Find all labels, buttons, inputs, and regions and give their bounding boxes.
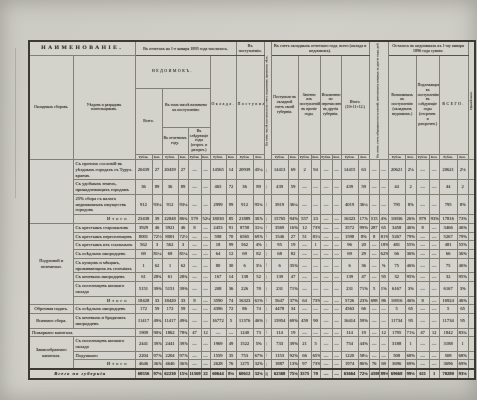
- value-cell: 70280: [439, 369, 457, 379]
- value-cell: 1974: [341, 360, 358, 369]
- value-cell: —: [369, 194, 379, 214]
- value-cell: 63664: [341, 369, 358, 379]
- value-cell: —: [311, 258, 320, 272]
- value-cell: —: [416, 258, 429, 272]
- value-cell: 557: [298, 215, 311, 224]
- value-cell: 2: [457, 180, 468, 194]
- value-cell: 4646: [135, 360, 152, 369]
- value-cell: —: [369, 241, 379, 250]
- row-label: Съ крестьянъ изъ ссыльныхъ: [73, 241, 135, 250]
- value-cell: —: [264, 360, 271, 369]
- value-cell: 69⅞: [253, 232, 264, 241]
- value-cell: —: [188, 305, 201, 314]
- value-cell: 3458: [388, 223, 405, 232]
- value-cell: 68⅝: [457, 351, 468, 360]
- value-cell: 439: [271, 180, 288, 194]
- value-cell: 72⅝: [358, 369, 369, 379]
- value-cell: —: [429, 232, 439, 241]
- unit-rubles: Рубли.: [320, 155, 332, 160]
- value-cell: 4019: [341, 194, 358, 214]
- value-cell: 74: [253, 305, 264, 314]
- value-cell: —: [188, 241, 201, 250]
- value-cell: 46⅝: [457, 258, 468, 272]
- value-cell: 172: [162, 305, 178, 314]
- value-cell: —: [332, 273, 341, 282]
- value-cell: 69⅝: [405, 360, 416, 369]
- value-cell: 90: [311, 314, 320, 328]
- value-cell: 1: [311, 241, 320, 250]
- value-cell: 36: [162, 180, 178, 194]
- value-cell: —: [298, 305, 311, 314]
- value-cell: —: [201, 360, 210, 369]
- unit-kopecks: Коп.: [311, 155, 320, 160]
- value-cell: 231: [341, 282, 358, 296]
- value-cell: 27: [152, 160, 162, 180]
- value-cell: 97⅞: [152, 351, 162, 360]
- value-cell: 55⅝: [405, 241, 416, 250]
- value-cell: 2628: [210, 360, 226, 369]
- value-cell: 19: [288, 328, 298, 337]
- col-header-excluded-other-provinces: Исключено по перечисленіямъ въ другія гу…: [320, 55, 341, 155]
- value-cell: —: [264, 337, 271, 351]
- value-cell: 15954: [271, 314, 288, 328]
- value-cell: —: [429, 194, 439, 214]
- value-cell: 20939: [236, 160, 253, 180]
- unit-rubles: Рубли.: [298, 155, 311, 160]
- value-cell: 61⅝: [253, 296, 264, 305]
- value-cell: —: [369, 337, 379, 351]
- value-cell: 11734: [439, 314, 457, 328]
- value-cell: —: [369, 258, 379, 272]
- value-cell: 74: [226, 296, 236, 305]
- value-cell: 1969: [210, 337, 226, 351]
- note-cell: [468, 296, 475, 305]
- value-cell: 79⅝: [405, 232, 416, 241]
- value-cell: 4396: [210, 305, 226, 314]
- row-label: Съ прочихъ сословій въ уѣздныхъ городахъ…: [73, 160, 135, 180]
- value-cell: 1153: [271, 351, 288, 360]
- note-cell: [468, 180, 475, 194]
- value-cell: 22: [201, 369, 210, 379]
- value-cell: 72½: [178, 232, 188, 241]
- value-cell: 97⅞: [178, 351, 188, 360]
- value-cell: 32⅝: [253, 360, 264, 369]
- value-cell: —: [311, 328, 320, 337]
- value-cell: 1559: [210, 351, 226, 360]
- value-cell: 16772: [210, 314, 226, 328]
- value-cell: 8001: [135, 232, 152, 241]
- value-cell: 69: [379, 360, 388, 369]
- value-cell: 86⅝: [358, 360, 369, 369]
- value-cell: —: [320, 241, 332, 250]
- value-cell: 73⅝: [311, 296, 320, 305]
- value-cell: 81⅝: [379, 232, 388, 241]
- value-cell: 72: [226, 180, 236, 194]
- value-cell: 36: [226, 282, 236, 296]
- value-cell: —: [429, 258, 439, 272]
- value-cell: 36⅝: [457, 250, 468, 259]
- row-label: Съ осѣдлыхъ инородцевъ: [73, 250, 135, 259]
- value-cell: 70: [226, 232, 236, 241]
- value-cell: 75⅝: [288, 369, 298, 379]
- value-cell: —: [320, 314, 332, 328]
- value-cell: 3466: [439, 223, 457, 232]
- value-cell: 226: [236, 282, 253, 296]
- value-cell: 66: [358, 305, 369, 314]
- value-cell: —: [320, 160, 332, 180]
- col-header-district-payer: Уѣздовъ и разрядовъ плательщиковъ.: [73, 55, 135, 160]
- row-label: Съ поселенцевъ низшаго оклада: [73, 337, 135, 351]
- value-cell: 3696: [439, 360, 457, 369]
- value-cell: 14565: [210, 160, 226, 180]
- note-cell: [468, 250, 475, 259]
- value-cell: 52¼: [201, 215, 210, 224]
- value-cell: 2⅛: [405, 160, 416, 180]
- value-cell: 32: [439, 273, 457, 282]
- value-cell: —: [429, 314, 439, 328]
- value-cell: —: [320, 258, 332, 272]
- value-cell: —: [298, 273, 311, 282]
- value-cell: 71¾: [405, 328, 416, 337]
- value-cell: —: [201, 250, 210, 259]
- value-cell: 61: [162, 273, 178, 282]
- value-cell: —: [188, 258, 201, 272]
- value-cell: 62: [178, 258, 188, 272]
- value-cell: 5267: [388, 232, 405, 241]
- value-cell: 62368: [271, 369, 288, 379]
- value-cell: 5⅝: [253, 337, 264, 351]
- value-cell: —: [311, 305, 320, 314]
- value-cell: —: [298, 328, 311, 337]
- value-cell: 19: [358, 328, 369, 337]
- value-cell: 11376: [236, 314, 253, 328]
- value-cell: —: [311, 250, 320, 259]
- value-cell: —: [332, 258, 341, 272]
- value-cell: 36: [358, 258, 369, 272]
- value-cell: 3572: [341, 223, 358, 232]
- value-cell: 6: [341, 258, 358, 272]
- tax-group-label: Подушной и поземельн.: [29, 223, 73, 304]
- value-cell: —: [298, 194, 311, 214]
- col-header-total: ВСЕГО.: [439, 55, 468, 155]
- value-cell: 22848: [162, 215, 178, 224]
- value-cell: 1: [135, 258, 152, 272]
- col-header-collectible-arrears: Возможныхъ къ поступленію (окладныхъ нед…: [388, 55, 416, 155]
- value-cell: 37⅝: [288, 296, 298, 305]
- value-cell: —: [264, 241, 271, 250]
- value-cell: 287: [369, 223, 379, 232]
- tax-group-label: [29, 160, 73, 224]
- value-cell: 5: [226, 314, 236, 328]
- value-cell: —: [320, 328, 332, 337]
- value-cell: 70: [311, 369, 320, 379]
- value-cell: —: [188, 250, 201, 259]
- col-header-assessment: Оклада.: [210, 55, 236, 155]
- table-row: Съ купцовъ и мѣщанъ, проживающихъ въ сел…: [29, 258, 475, 272]
- col-header-received-own-province: Поступило въ окладной счетъ своей губерн…: [271, 55, 298, 155]
- value-cell: —: [320, 351, 332, 360]
- value-cell: —: [264, 232, 271, 241]
- value-cell: —: [429, 337, 439, 351]
- value-cell: —: [188, 232, 201, 241]
- value-cell: 26⅝: [405, 215, 416, 224]
- value-cell: —: [201, 305, 210, 314]
- value-cell: —: [429, 180, 439, 194]
- value-cell: 97⅝: [152, 369, 162, 379]
- table-row: Итого23438392284886¾57952¼18030852188930…: [29, 215, 475, 224]
- value-cell: —: [201, 258, 210, 272]
- value-cell: 23⅝: [358, 296, 369, 305]
- value-cell: 2204: [135, 351, 152, 360]
- col-header-credited-other-years: Зачтено изъ поступленій въ прочіе годы.: [298, 55, 320, 155]
- value-cell: 3: [178, 241, 188, 250]
- value-cell: 30⅞: [253, 215, 264, 224]
- value-cell: —: [311, 194, 320, 214]
- table-row: Подушной и поземельн.Съ крестьянъ старож…: [29, 223, 475, 232]
- value-cell: 46⅝: [457, 223, 468, 232]
- value-cell: 75: [439, 258, 457, 272]
- value-cell: —: [332, 328, 341, 337]
- value-cell: 139: [271, 273, 288, 282]
- value-cell: 89: [253, 180, 264, 194]
- table-row: Съ кочевыхъ инородцевъ6128¾6128¾——167141…: [29, 273, 475, 282]
- value-cell: —: [416, 232, 429, 241]
- value-cell: 12: [226, 250, 236, 259]
- value-cell: —: [379, 314, 388, 328]
- value-cell: 795: [388, 194, 405, 214]
- value-cell: 22: [264, 369, 271, 379]
- value-cell: 8⅝: [405, 194, 416, 214]
- value-cell: 49: [226, 337, 236, 351]
- value-cell: 1⅝: [379, 282, 388, 296]
- value-cell: 94⅝: [288, 215, 298, 224]
- unit-kopecks: Коп.: [332, 155, 341, 160]
- value-cell: 73: [253, 328, 264, 337]
- value-cell: 85: [226, 215, 236, 224]
- value-cell: 39⅞: [178, 337, 188, 351]
- value-cell: —: [379, 305, 388, 314]
- value-cell: —: [210, 328, 226, 337]
- value-cell: 95: [457, 314, 468, 328]
- value-cell: 29: [358, 250, 369, 259]
- value-cell: 47: [188, 328, 201, 337]
- unit-kopecks: Коп.: [201, 155, 210, 160]
- value-cell: 64: [210, 250, 226, 259]
- col-header-subtotal: Итого. (10+11+12.): [341, 55, 369, 155]
- value-cell: —: [264, 314, 271, 328]
- value-cell: —: [320, 223, 332, 232]
- value-cell: —: [264, 351, 271, 360]
- note-cell: [468, 360, 475, 369]
- value-cell: 611: [416, 369, 429, 379]
- table-row: Съ крестьянъ переселенцевъ800172½800172½…: [29, 232, 475, 241]
- value-cell: 94: [311, 160, 320, 180]
- value-cell: 68⅝: [405, 351, 416, 360]
- value-cell: 69: [236, 250, 253, 259]
- value-cell: 13⅝: [288, 360, 298, 369]
- value-cell: 89: [178, 180, 188, 194]
- value-cell: 733: [271, 337, 288, 351]
- col-header-deferred-arrears: Подлежащихъ къ поступленію въ слѣдующіе …: [416, 55, 439, 155]
- row-label: Подушнаго: [73, 351, 135, 360]
- value-cell: 58¼: [358, 351, 369, 360]
- value-cell: —: [201, 194, 210, 214]
- value-cell: 36⅝: [405, 250, 416, 259]
- value-cell: 47: [358, 273, 369, 282]
- value-cell: 49¾: [152, 314, 162, 328]
- value-cell: 76: [226, 360, 236, 369]
- value-cell: —: [320, 250, 332, 259]
- value-cell: 5: [369, 282, 379, 296]
- value-cell: 69: [162, 250, 178, 259]
- table-row: Всего по губерніи6055697⅝6223015⅝1156922…: [29, 369, 475, 379]
- value-cell: 3929: [135, 223, 152, 232]
- value-cell: 2441: [162, 337, 178, 351]
- value-cell: —: [369, 351, 379, 360]
- tax-group-label: Ясачнаго сбора.: [29, 314, 73, 328]
- value-cell: 95: [379, 273, 388, 282]
- value-cell: 12: [379, 328, 388, 337]
- value-cell: 14: [226, 160, 236, 180]
- value-cell: 18: [210, 241, 226, 250]
- col-header-advance-payments: Въ этотъ счетъ обращено поступленій, вне…: [369, 41, 388, 160]
- value-cell: 60644: [210, 369, 226, 379]
- note-cell: [468, 314, 475, 328]
- value-cell: 481: [439, 241, 457, 250]
- value-cell: 879: [416, 215, 429, 224]
- value-cell: —: [332, 360, 341, 369]
- value-cell: 68: [271, 250, 288, 259]
- value-cell: 34: [288, 305, 298, 314]
- value-cell: —: [332, 160, 341, 180]
- value-cell: 86¾: [178, 215, 188, 224]
- value-cell: 55⅝: [457, 241, 468, 250]
- value-cell: —: [264, 194, 271, 214]
- value-cell: —: [416, 282, 429, 296]
- value-cell: 12: [201, 328, 210, 337]
- subband-scheduled-collection: Въ томъ числѣ назначено къ поступленію:: [162, 89, 210, 128]
- value-cell: —: [379, 160, 388, 180]
- value-cell: 3⅝: [405, 282, 416, 296]
- value-cell: 4563: [341, 305, 358, 314]
- value-cell: 1: [162, 258, 178, 272]
- value-cell: 39⅜: [152, 282, 162, 296]
- band-remaining-arrears: Осталось въ недоимкахъ къ 1-му января 18…: [388, 41, 468, 55]
- value-cell: 71⅝: [288, 282, 298, 296]
- value-cell: 3⅛: [253, 258, 264, 272]
- value-cell: 5151: [135, 282, 152, 296]
- value-cell: 4478: [271, 305, 288, 314]
- value-cell: 73⅝: [311, 223, 320, 232]
- value-cell: 515: [369, 215, 379, 224]
- value-cell: 95¾: [253, 194, 264, 214]
- value-cell: 16916: [388, 296, 405, 305]
- value-cell: —: [369, 250, 379, 259]
- value-cell: 8: [369, 232, 379, 241]
- value-cell: 5: [388, 305, 405, 314]
- row-label: Съ осѣдлыхъ инородцевъ: [73, 305, 135, 314]
- value-cell: 14: [226, 273, 236, 282]
- value-cell: —: [320, 180, 332, 194]
- value-cell: 73⅝: [457, 215, 468, 224]
- value-cell: —: [429, 351, 439, 360]
- value-cell: 20439: [135, 160, 152, 180]
- table-row: Итого184283318420338—3590741632361⅝—5647…: [29, 296, 475, 305]
- value-cell: —: [429, 282, 439, 296]
- row-label: Съ удобныхъ земель, принадлежащихъ город…: [73, 180, 135, 194]
- value-cell: 912: [236, 194, 253, 214]
- note-cell: [468, 328, 475, 337]
- col-header-current-year: Въ отчетномъ году.: [162, 127, 188, 154]
- row-label: Съ крестьянъ переселенцевъ: [73, 232, 135, 241]
- value-cell: 95⅝: [457, 273, 468, 282]
- value-cell: —: [201, 223, 210, 232]
- value-cell: 63: [358, 160, 369, 180]
- value-cell: 66: [298, 351, 311, 360]
- value-cell: 5151: [162, 282, 178, 296]
- value-cell: —: [298, 258, 311, 272]
- value-cell: —: [264, 296, 271, 305]
- value-cell: 39⅜: [178, 282, 188, 296]
- value-cell: —: [429, 360, 439, 369]
- value-cell: —: [188, 273, 201, 282]
- value-cell: 51: [298, 232, 311, 241]
- value-cell: 3188: [388, 337, 405, 351]
- value-cell: 36¼: [288, 194, 298, 214]
- value-cell: 8001: [162, 232, 178, 241]
- value-cell: —: [201, 282, 210, 296]
- value-cell: 36⅞: [152, 360, 162, 369]
- value-cell: 16414: [341, 314, 358, 328]
- value-cell: 1795: [388, 328, 405, 337]
- tax-group-label: Оброчная подать.: [29, 305, 73, 314]
- value-cell: 35⅜: [288, 258, 298, 272]
- value-cell: —: [264, 180, 271, 194]
- value-cell: —: [429, 160, 439, 180]
- value-cell: 139: [341, 273, 358, 282]
- value-cell: 167: [210, 273, 226, 282]
- value-cell: —: [332, 194, 341, 214]
- value-cell: —: [201, 160, 210, 180]
- value-cell: 562: [135, 241, 152, 250]
- value-cell: 62230: [162, 369, 178, 379]
- value-cell: 44: [439, 180, 457, 194]
- value-cell: 31¼: [253, 223, 264, 232]
- value-cell: 89: [152, 180, 162, 194]
- value-cell: 8: [416, 223, 429, 232]
- value-cell: 579: [188, 215, 201, 224]
- table-row: Съ крестьянъ изъ ссыльныхъ56235623——1899…: [29, 241, 475, 250]
- value-cell: 114: [271, 328, 288, 337]
- value-cell: 795: [439, 194, 457, 214]
- row-label: Итого: [73, 296, 135, 305]
- value-cell: 33: [178, 296, 188, 305]
- value-cell: 99⅝: [358, 223, 369, 232]
- value-cell: 11417: [135, 314, 152, 328]
- col-header-tax-type: Окладныхъ сборовъ.: [29, 55, 73, 160]
- value-cell: 17816: [439, 215, 457, 224]
- value-cell: 36⅞: [178, 360, 188, 369]
- value-cell: 90¾: [152, 328, 162, 337]
- value-cell: 4598: [369, 369, 379, 379]
- value-cell: 27: [288, 232, 298, 241]
- value-cell: 2453: [210, 223, 226, 232]
- col-header-received: Поступило,: [236, 55, 264, 155]
- value-cell: 36: [236, 180, 253, 194]
- value-cell: 1275: [236, 360, 253, 369]
- value-cell: 3⅝: [457, 282, 468, 296]
- value-cell: —: [201, 337, 210, 351]
